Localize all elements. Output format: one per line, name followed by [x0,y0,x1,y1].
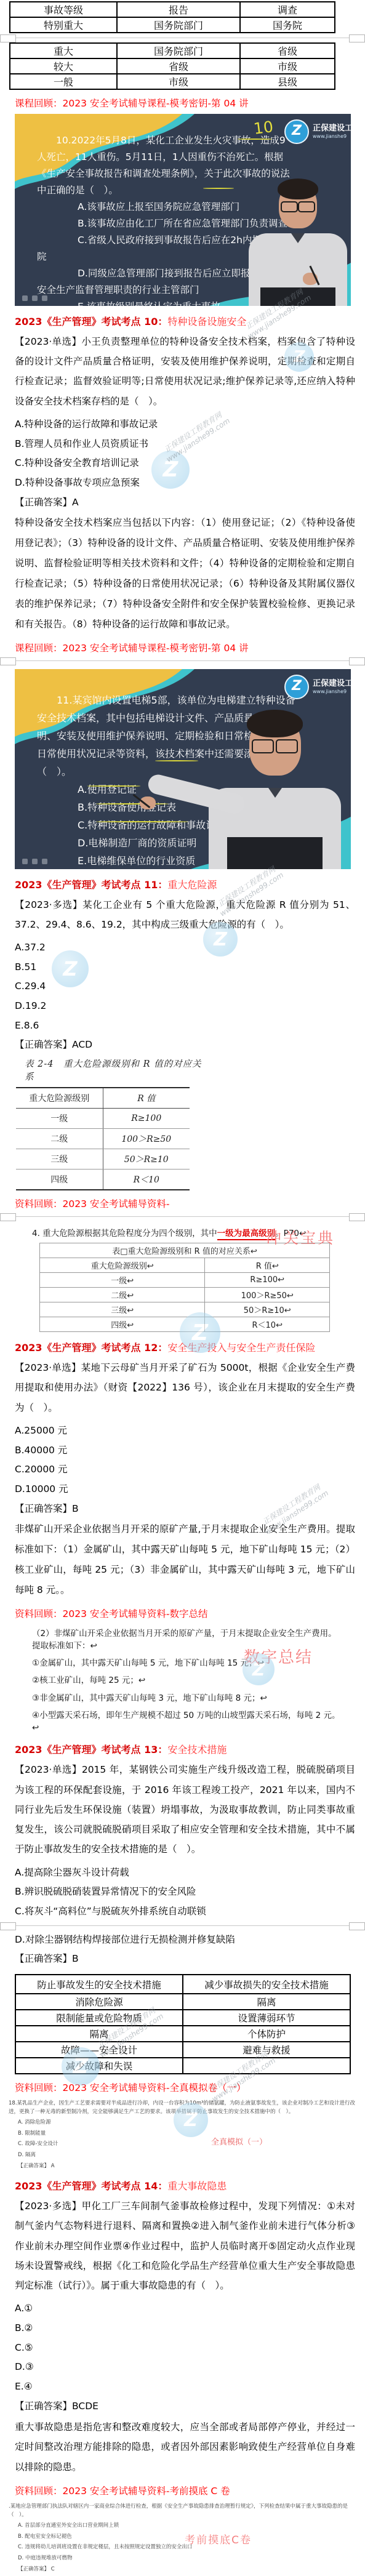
instructor-head [279,183,317,228]
table-cell: 一般 [10,74,117,89]
table-cell: 二级 [16,1129,103,1149]
scanned-book-table: 表 2-4 重大危险源级别和 R 值的对应关系 重大危险源级别 R 值 一级 R… [16,1057,207,1190]
keypoint-heading-10: 2023《生产管理》考试考点 10：特种设备设施安全 [15,314,354,328]
material-line: ③非金属矿山，其中露天矿山每吨 3 元，地下矿山每吨 8 元；↩ [32,1692,345,1704]
option-a: A.25000 元 [15,1421,355,1440]
table-row: 三级↩ 50＞R≥10↩ [40,1302,330,1317]
table-row: 事故等级 报告 调查 [10,2,335,17]
material-screenshot-small: 考前摸底C卷 .某地应急管理部门执法队对辖区内一家商业综合体进行检查，根据《安全… [9,2503,359,2574]
instructor-hair [247,710,303,737]
keypoint-title: 特种设备设施安全 [167,316,246,327]
table-cell: 50＞R≥10 [103,1149,190,1170]
keypoint-heading-13: 2023《生产管理》考试考点 13：安全技术措施 [15,1742,354,1756]
table-cell: 限制能量或危险物质 [15,2010,183,2026]
brand-logo-text: 正保建设工程 [313,124,351,134]
keypoint-label: 2023《生产管理》考试考点 11： [15,879,167,891]
page-margin-box [0,34,16,42]
answer-label: 【正确答案】 [15,1039,72,1050]
keypoint-heading-12: 2023《生产管理》考试考点 12：安全生产投入与安全生产责任保险 [15,1340,354,1354]
answer-line: 【正确答案】B [15,1949,355,1968]
pencil-tool-icon [22,859,28,864]
option-e: E.8.6 [15,1016,355,1035]
answer-value: ACD [72,1039,92,1050]
answer-label: 【正确答案】 [15,1953,72,1964]
brand-logo-icon: Z [284,675,309,699]
option-a: A. 首层部分直通室外安全出口营业期间上锁 [18,2522,359,2530]
explanation-text: 特种设备安全技术档案应当包括以下内容：（1）使用登记证；（2）《特种设备使用登记… [15,513,355,634]
option-b: B.51 [15,958,355,977]
explanation-text: 重大事故隐患是指危害和整改难度较大，应当全部或者局部停产停业，并经过一定时间整改… [15,2417,355,2478]
option-d: D.10000 元 [15,1480,355,1499]
course-review-note: 课程回顾：2023 安全考试辅导课程-模考密钥-第 04 讲 [15,641,354,654]
keypoint-heading-14: 2023《生产管理》考试考点 14：重大事故隐患 [15,2178,354,2193]
table-cell: R 值 [103,1088,190,1109]
answer-line: 【正确答案】BCDE [15,2397,355,2416]
question-text: .某地应急管理部门执法队对辖区内一家商业综合体进行检查，根据《安全生产事故隐患排… [9,2503,359,2519]
option-d: D.③ [15,2357,355,2377]
table-row: 特别重大 国务院部门 国务院 [10,17,335,33]
question-text: 【2023·多选】某化工企业有 5 个重大危险源，重大危险源 R 值分别为 51… [15,895,355,934]
answer-label: 【正确答案】 [15,2401,72,2412]
table-cell: 省级 [117,58,240,74]
material-review-note: 资料回顾：2023 安全考试辅导资料-考前摸底 C 卷 [15,2484,354,2497]
instructor-hair [278,179,319,199]
option-a: A. 消除危险源 [18,2119,359,2127]
table-cell: 四级 [16,1170,103,1190]
table-cell: 调查 [240,2,335,17]
page-margin-box [349,1213,365,1221]
table-cell: 三级 [16,1149,103,1170]
answer-label: 【正确答案】 [15,1503,72,1514]
option-c: C.⑤ [15,2338,355,2357]
highlight-underline [87,785,140,787]
highlight-underline [155,760,198,761]
option-b: B.② [15,2319,355,2338]
risk-level-table: 重大危险源级别 R 值 一级 R≥100 二级 100＞R≥50 三级 50＞R… [16,1087,190,1190]
table-row: 二级 100＞R≥50 [16,1129,190,1149]
video-slide-q11: Z 正保建设工程 www.jianshe9 11.某宾馆内设置电梯5部，该单位为… [15,669,351,869]
answer-line: 【正确答案】A [15,493,355,512]
answer-value: A [72,497,79,508]
table-cell: 消除危险源 [15,1994,183,2010]
option-d: D.19.2 [15,997,355,1016]
page-break [0,34,365,42]
table-cell: 国务院部门 [117,43,240,58]
table-row: 一级↩ R≥100↩ [40,1273,330,1288]
table-cell: 隔离 [15,2026,183,2042]
brand-logo-url: www.jianshe9 [313,689,351,694]
table-cell: 减少故障和失误 [15,2058,183,2074]
accident-report-table-top: 事故等级 报告 调查 特别重大 国务院部门 国务院 [9,1,335,33]
page-break-line [0,660,365,661]
table-cell: 特别重大 [10,17,117,33]
table-cell: 100＞R≥50 [103,1129,190,1149]
course-review-note: 课程回顾：2023 安全考试辅导课程-模考密钥-第 04 讲 [15,96,354,110]
brand-logo-icon: Z [284,119,309,144]
table-cell: R≥100↩ [205,1273,330,1288]
option-a: A.特种设备的运行故障和事故记录 [15,415,355,434]
item-prefix: 4. 重大危险源根据其危险程度分为四个级别，其中 [32,1229,217,1238]
laser-tool-icon [42,295,47,301]
option-c: C.29.4 [15,977,355,996]
table-cell: 市级 [240,58,335,74]
handwritten-annotation: 10 [252,118,274,138]
table-row: 消除危险源 隔离 [15,1994,350,2010]
video-slide-q10: Z 正保建设工程 www.jianshe9 10.2022年5月8日，某化工企业… [15,114,351,306]
table-cell: 报告 [117,2,240,17]
brand-logo-text: 正保建设工程 [313,680,351,689]
option-b: B. 限制能量 [18,2130,359,2138]
question-text: 【2023·单选】小王负责整理单位的特种设备安全技术档案，档案包含了特种设备的设… [15,332,355,411]
explanation-text: 非煤矿山开采企业依据当月开采的原矿产量,于月末提取企业安全生产费用。提取标准如下… [15,1519,355,1600]
material-screenshot: 冲关宝典 4. 重大危险源根据其危险程度分为四个级别，其中一级为最高级别。P70… [32,1226,345,1332]
page-break-line [0,38,365,38]
brand-logo-url: www.jianshe9 [313,134,351,139]
table-row: 重大危险源级别 R 值 [16,1088,190,1109]
keypoint-label: 2023《生产管理》考试考点 13： [15,1744,167,1755]
table-cell: 设置薄弱环节 [183,2010,350,2026]
keypoint-title: 安全技术措施 [167,1744,227,1755]
table-cell: 国务院部门 [117,17,240,33]
instructor-pants [260,287,335,306]
material-line: ②核工业矿山，每吨 25 元；↩ [32,1674,345,1687]
keypoint-label: 2023《生产管理》考试考点 12： [15,1342,167,1354]
watermark-label: 数字总结 [244,1646,313,1670]
option-d: D. 隔离 [18,2151,359,2160]
option-c: C.特种设备安全教育培训记录 [15,454,355,473]
board-tool-icon [32,295,38,301]
instructor-photo [249,183,347,306]
answer-value: B [72,1953,79,1964]
table-cell: 个体防护 [183,2026,350,2042]
brand-logo: Z 正保建设工程 www.jianshe9 [284,675,351,699]
table-cell: 国务院 [240,17,335,33]
table-row: 较大 省级 市级 [10,58,335,74]
table-cell: 四级↩ [40,1317,205,1332]
option-d: D.特种设备事故专项应急预案 [15,473,355,492]
option-c: C.20000 元 [15,1460,355,1479]
table-row: 四级 R＜10 [16,1170,190,1190]
table-cell [183,2058,350,2074]
material-review-note: 资料回顾：2023 安全考试辅导资料- [15,1197,354,1210]
highlight-underline [203,188,234,189]
player-controls [22,859,47,864]
instructor-pants [227,837,323,869]
document-page: 事故等级 报告 调查 特别重大 国务院部门 国务院 重大 国务院部门 省级 较大… [0,0,365,2576]
table-cell: 二级↩ [40,1288,205,1302]
page-break [0,1213,365,1221]
table-cell: R＜10 [103,1170,190,1190]
table-cell: 县级 [240,74,335,89]
table-cell: 重大 [10,43,117,58]
option-c: C.将灰斗“高料位”与脱硫灰外排系统自动联锁 [15,1902,355,1921]
instructor-head [249,715,301,776]
table-cell: R≥100 [103,1109,190,1129]
page-break-line [0,1216,365,1217]
answer-value: B [72,1503,79,1514]
option-c: C. 故障-安全设计 [18,2140,359,2149]
option-a: A.提高除尘器灰斗设计荷载 [15,1863,355,1882]
glasses-icon [281,201,315,211]
page-margin-box [349,657,365,665]
table-row: 四级↩ R＜10↩ [40,1317,330,1332]
table-row: 一般 市级 县级 [10,74,335,89]
table-row: 故障——安全设计 避难与救援 [15,2042,350,2058]
table-cell: 一级↩ [40,1273,205,1288]
option-a: A.① [15,2299,355,2318]
question-text: 【2023·单选】2015 年，某钢铁公司实施生产线升级改造工程，脱硫脱硝项目为… [15,1760,355,1859]
table-cell: 三级↩ [40,1302,205,1317]
laser-tool-icon [42,859,47,864]
keypoint-title: 重大事故隐患 [167,2180,227,2192]
page-margin-box [0,1922,16,1930]
table-row: 防止事故发生的安全技术措施 减少事故损失的安全技术措施 [15,1975,350,1994]
table-cell: 避难与救援 [183,2042,350,2058]
keypoint-label: 2023《生产管理》考试考点 14： [15,2180,167,2192]
option-b: B.管理人员和作业人员资质证书 [15,435,355,454]
question-text: 【2023·单选】某地下云母矿当月开采了矿石为 5000t，根据《企业安全生产费… [15,1358,355,1418]
table-row: 一级 R≥100 [16,1109,190,1129]
table-row: 三级 50＞R≥10 [16,1149,190,1170]
page-margin-box [349,34,365,42]
table-cell: 100＞R≥50↩ [205,1288,330,1302]
brand-logo: Z 正保建设工程 www.jianshe9 [284,119,351,144]
accident-report-table-bottom: 重大 国务院部门 省级 较大 省级 市级 一般 市级 县级 [9,42,335,90]
board-tool-icon [32,859,38,864]
table-caption: 表 2-4 重大危险源级别和 R 值的对应关系 [25,1057,207,1083]
table-cell: 省级 [240,43,335,58]
risk-level-table-copy: 表□重大危险源级别和 R 值的对应关系↩ 重大危险源级别↩ R 值↩ 一级↩ R… [39,1243,330,1332]
page-break [0,1922,365,1930]
table-cell: 事故等级 [10,2,117,17]
option-e: E.④ [15,2377,355,2396]
table-cell: 50＞R≥10↩ [205,1302,330,1317]
page-margin-box [349,1922,365,1930]
material-review-note: 资料回顾：2023 安全考试辅导资料-全真模拟卷（一） [15,2080,354,2094]
answer-line: 【正确答案】 A [18,2162,359,2171]
keypoint-label: 2023《生产管理》考试考点 10： [15,316,167,327]
table-row: 减少故障和失误 [15,2058,350,2074]
answer-line: 【正确答案】B [15,1499,355,1519]
table-cell: 重大危险源级别 [16,1088,103,1109]
highlight-underline [96,803,169,804]
option-d: D.对除尘器钢结构焊接部位进行无损检测并修复缺陷 [15,1930,355,1949]
instructor-photo [209,715,341,869]
table-cell: 较大 [10,58,117,74]
material-screenshot: 数字总结 （2）非煤矿山开采企业依据当月开采的原矿产量，于月末提取企业安全生产费… [32,1627,345,1735]
highlight-underline [96,821,188,822]
material-screenshot-small: 全真模拟（一） 18.某乳品生产企业，因生产工艺要求需要对半成品进行冷却，内设一… [9,2100,359,2170]
table-cell: 一级 [16,1109,103,1129]
highlight-underline [238,138,272,140]
option-a: A.37.2 [15,938,355,957]
pencil-tool-icon [22,295,28,301]
option-d: D. 中庭违规堆放可燃物 [18,2554,359,2563]
answer-label: 【正确答案】 [15,497,72,508]
watermark-label: 全真模拟（一） [211,2137,267,2149]
safety-measures-table: 防止事故发生的安全技术措施 减少事故损失的安全技术措施 消除危险源 隔离 限制能… [15,1974,351,2074]
table-cell: 防止事故发生的安全技术措施 [15,1975,183,1994]
table-row: 重大 国务院部门 省级 [10,43,335,58]
answer-line: 【正确答案】 C [18,2566,359,2574]
page-margin-box [0,1213,16,1221]
glasses-icon [252,739,299,752]
watermark-label: 考前摸底C卷 [185,2532,252,2549]
page-break-line [0,1925,365,1926]
keypoint-title: 安全生产投入与安全生产责任保险 [167,1342,315,1354]
table-cell: 隔离 [183,1994,350,2010]
watermark-label: 冲关宝典 [266,1226,335,1248]
table-cell: R 值↩ [205,1258,330,1273]
table-row: 隔离 个体防护 [15,2026,350,2042]
table-row: 限制能量或危险物质 设置薄弱环节 [15,2010,350,2026]
table-cell: 市级 [117,74,240,89]
keypoint-heading-11: 2023《生产管理》考试考点 11：重大危险源 [15,877,354,891]
table-row: 重大危险源级别↩ R 值↩ [40,1258,330,1273]
table-cell: 重大危险源级别↩ [40,1258,205,1273]
option-b: B.40000 元 [15,1441,355,1460]
table-row: 二级↩ 100＞R≥50↩ [40,1288,330,1302]
material-line: ④小型露天采石场，即年生产规模不超过 50 万吨的山坡型露天采石场，每吨 2 元… [32,1709,345,1735]
option-b: B.辨识脱硫脱硝装置异常情况下的安全风险 [15,1882,355,1901]
page-margin-box [0,657,16,665]
brand-logo-textblock: 正保建设工程 www.jianshe9 [313,124,351,139]
table-cell: R＜10↩ [205,1317,330,1332]
question-text: 18.某乳品生产企业，因生产工艺要求需要对半成品进行冷却，内设一台容积为10m³… [9,2100,359,2116]
page-break [0,657,365,665]
table-cell: 故障——安全设计 [15,2042,183,2058]
brand-logo-textblock: 正保建设工程 www.jianshe9 [313,680,351,694]
keypoint-title: 重大危险源 [167,879,217,891]
player-controls [22,295,47,301]
material-review-note: 资料回顾：2023 安全考试辅导资料-数字总结 [15,1607,354,1620]
table-cell: 减少事故损失的安全技术措施 [183,1975,350,1994]
answer-value: BCDE [72,2401,98,2412]
question-text: 【2023·多选】甲化工厂三车间制气釜事故检修过程中，发现下列情况：①未对制气釜… [15,2196,355,2295]
answer-line: 【正确答案】ACD [15,1035,355,1054]
